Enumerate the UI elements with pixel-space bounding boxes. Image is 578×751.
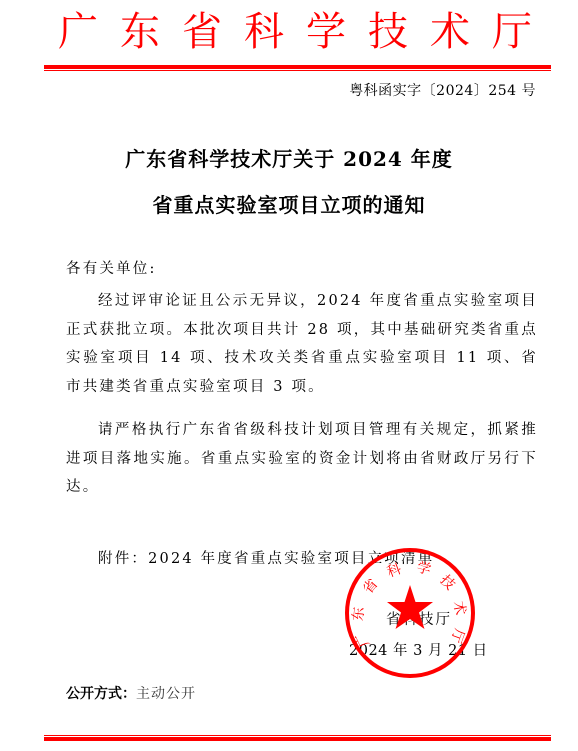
disclosure-value: 主动公开 xyxy=(136,686,196,702)
star-icon xyxy=(387,585,433,629)
masthead-char: 学 xyxy=(303,12,349,52)
masthead-char: 术 xyxy=(427,12,473,52)
header-rule-thin xyxy=(44,70,551,71)
masthead-char: 厅 xyxy=(489,12,535,52)
title-line-1: 广东省科学技术厅关于 2024 年度 xyxy=(0,143,578,172)
masthead-char: 技 xyxy=(365,12,411,52)
masthead-char: 广 xyxy=(55,12,101,52)
seal-char: 东 xyxy=(347,606,368,622)
header-rule-thick xyxy=(44,65,551,69)
footer-rule-thick xyxy=(44,737,551,741)
official-seal: 广 东 省 科 学 技 术 厅 xyxy=(345,548,475,678)
disclosure-label: 公开方式： xyxy=(66,686,136,702)
footer-rule-thin xyxy=(44,735,551,736)
masthead-char: 科 xyxy=(241,12,287,52)
disclosure: 公开方式：主动公开 xyxy=(66,683,196,703)
body-paragraph-2: 请严格执行广东省省级科技计划项目管理有关规定，抓紧推进项目落地实施。省重点实验室… xyxy=(66,416,538,502)
masthead-char: 省 xyxy=(179,12,225,52)
masthead: 广 东 省 科 学 技 术 厅 xyxy=(55,6,535,58)
masthead-char: 东 xyxy=(117,12,163,52)
title-line-2: 省重点实验室项目立项的通知 xyxy=(0,189,578,218)
body-paragraph-1: 经过评审论证且公示无异议，2024 年度省重点实验室项目正式获批立项。本批次项目… xyxy=(66,287,538,401)
salutation: 各有关单位: xyxy=(66,255,538,284)
document-number: 粤科函实字〔2024〕254 号 xyxy=(349,80,536,100)
